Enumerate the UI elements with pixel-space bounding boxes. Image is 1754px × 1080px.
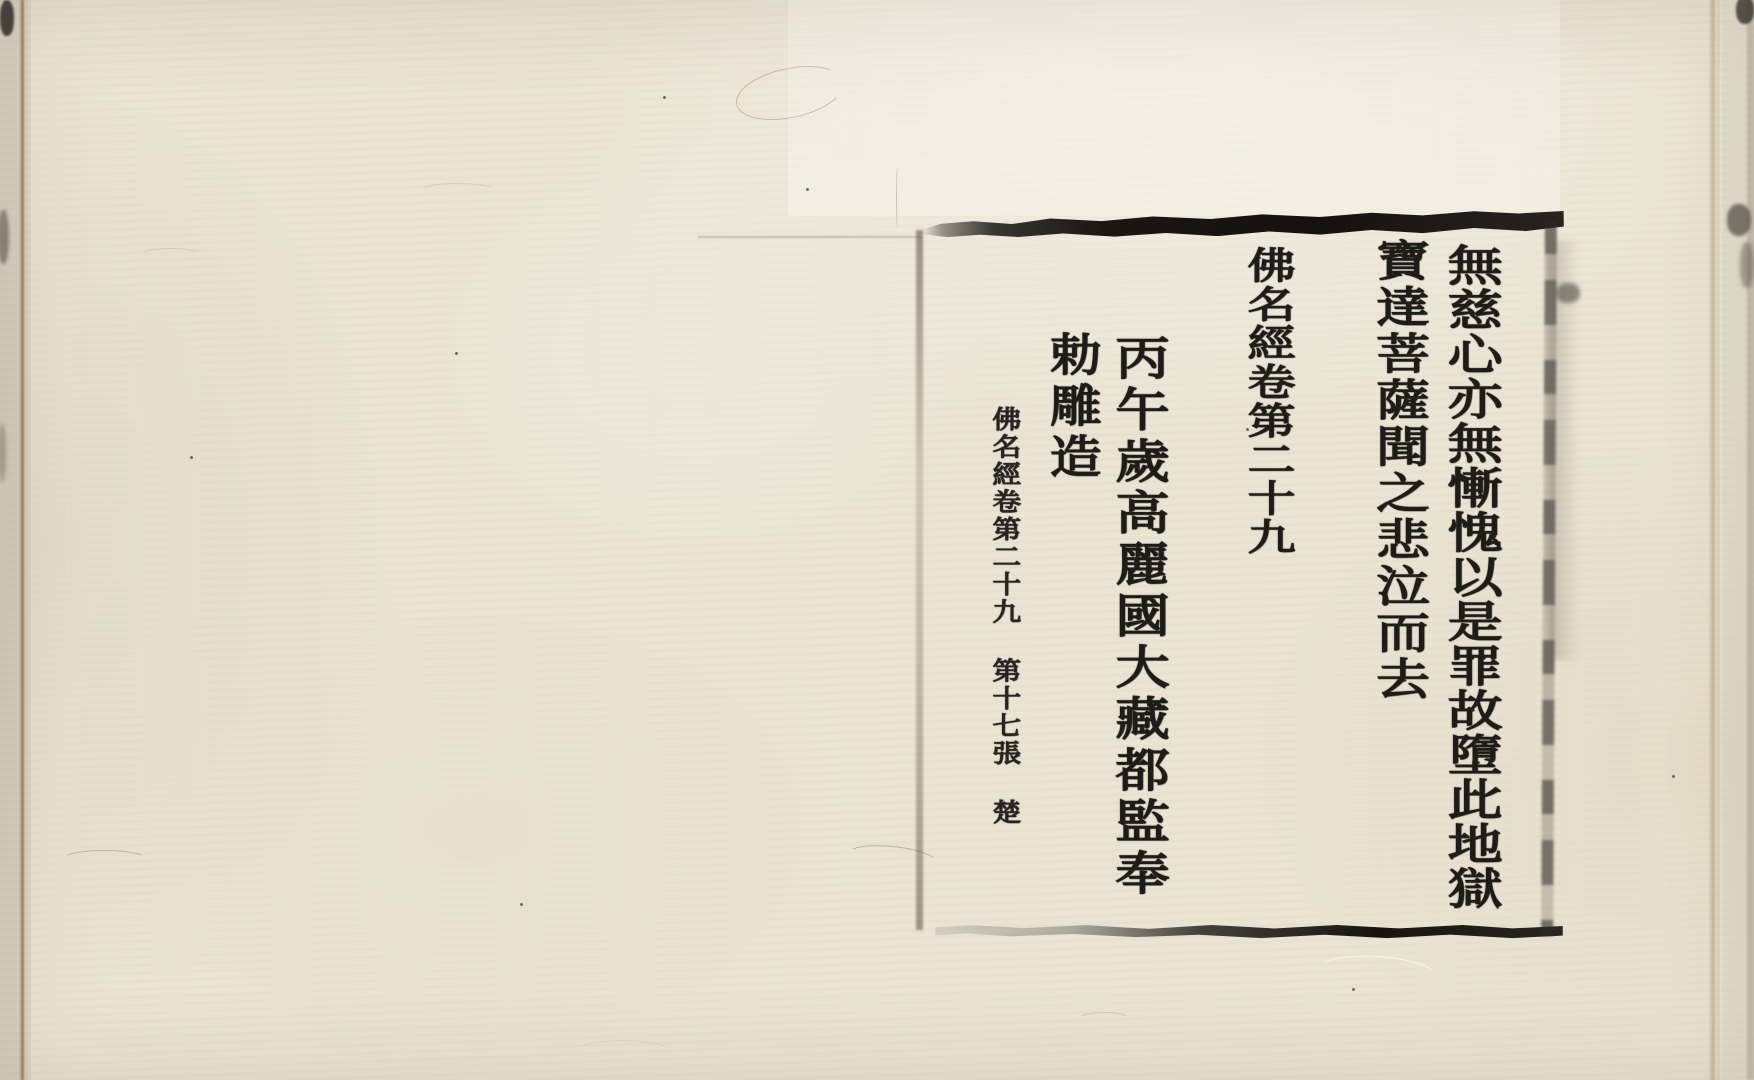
text-column-colophon-2: 勅雕造 [1045,331,1097,484]
ink-smudge-top-right [1736,0,1754,24]
text-column-colophon-1: 丙午歲高麗國大藏都監奉 [1112,334,1166,901]
sheet-edge-line [698,236,922,238]
paper-crease-left-line [21,0,24,1080]
printed-block: 無慈心亦無慚愧以是罪故墮此地獄 寶達菩薩聞之悲泣而去 佛名經卷第二十九 丙午歲高… [915,214,1565,940]
ink-speck [806,188,809,191]
ink-speck [190,456,193,459]
paper-fiber [1078,1012,1130,1026]
stain-upper-margin [788,0,1560,216]
paper-crease-right [1708,0,1720,1080]
text-column-scripture-2: 寶達菩薩聞之悲泣而去 [1371,238,1425,703]
block-border-right-smudge [1549,240,1579,660]
ink-speck [1352,988,1355,991]
paper-fiber [1314,952,1441,999]
ink-smudge-left-upper [0,210,9,264]
paper-fiber [140,248,202,260]
text-column-scripture-1: 無慈心亦無慚愧以是罪故墮此地獄 [1442,243,1497,911]
text-column-sheet-number: 佛名經卷第二十九 第十七張 楚 [991,406,1020,827]
ink-smudge-right-upper [1727,204,1751,236]
paper-fiber [62,850,147,868]
text-column-end-title: 佛名經卷第二十九 [1243,246,1291,556]
ink-speck [1672,775,1675,778]
paper-fiber-hair [896,166,899,228]
ink-speck [663,96,666,99]
paper-edge-left [0,0,17,1080]
paper-fiber [420,183,495,197]
ink-smudge-right-mid [1740,242,1754,288]
ink-speck [520,903,523,906]
paper-fiber [1643,580,1718,646]
paper-fiber [575,1040,670,1062]
paper-page: 無慈心亦無慚愧以是罪故墮此地獄 寶達菩薩聞之悲泣而去 佛名經卷第二十九 丙午歲高… [0,0,1754,1080]
block-border-bottom [935,920,1563,940]
ink-smudge-top-left [0,0,14,36]
ink-speck [455,352,458,355]
paper-edge-right-rim [1747,0,1754,1080]
block-border-left [916,230,923,930]
